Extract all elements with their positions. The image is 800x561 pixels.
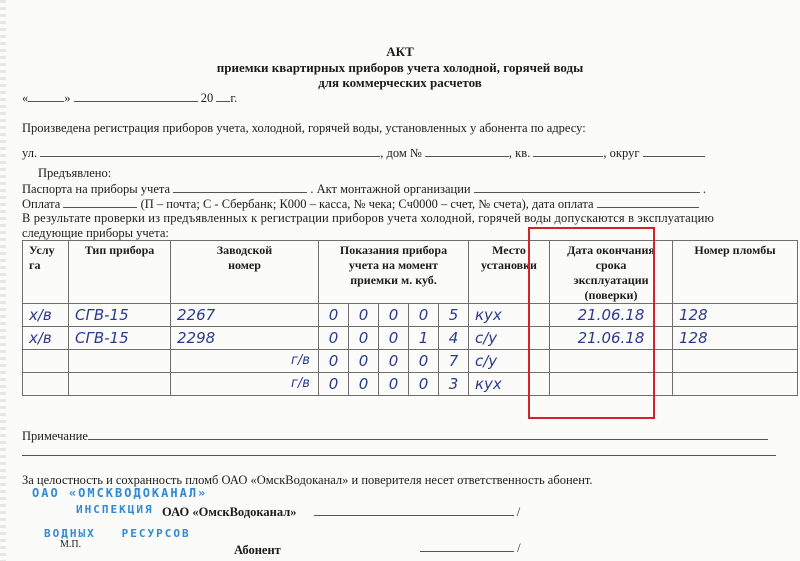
table-header-row: Услу га Тип прибора Заводской номер Пока…: [23, 241, 798, 304]
result-line-1: В результате проверки из предъявленных к…: [22, 211, 714, 226]
cell-type[interactable]: [69, 350, 171, 373]
reading-digit: 0: [348, 304, 378, 326]
payment-legend: (П – почта; С - Сбербанк; К000 – касса, …: [141, 197, 594, 211]
document-subtitle-1: приемки квартирных приборов учета холодн…: [0, 60, 800, 76]
notes-label: Примечание: [22, 429, 88, 443]
reading-digit: 0: [319, 304, 348, 326]
reading-digit: 0: [348, 350, 378, 372]
stamp-inspection: ИНСПЕКЦИЯ: [76, 503, 154, 516]
date-quote-close: »: [64, 91, 70, 105]
notes-line[interactable]: [88, 428, 768, 440]
street-label: ул.: [22, 146, 37, 160]
cell-readings[interactable]: 00003г/в: [319, 373, 469, 396]
reading-digit: 3: [438, 373, 468, 395]
date-field[interactable]: «» 20 г.: [22, 90, 237, 106]
cell-seal[interactable]: 128: [673, 327, 798, 350]
org-signature-row: ОАО «ОмскВодоканал» /: [162, 504, 520, 520]
cell-readings[interactable]: 00007г/в: [319, 350, 469, 373]
act-line[interactable]: [474, 181, 700, 193]
cell-serial[interactable]: 2298: [171, 327, 319, 350]
date-year-suffix: г.: [230, 91, 237, 105]
subscriber-signature-row: /: [420, 540, 521, 556]
stamp-place-label: М.П.: [60, 539, 81, 550]
cell-readings[interactable]: 00014: [319, 327, 469, 350]
street-line[interactable]: [40, 145, 380, 157]
apartment-line[interactable]: [533, 145, 603, 157]
presented-heading: Предъявлено:: [38, 166, 111, 181]
apartment-label: , кв.: [509, 146, 530, 160]
cell-seal[interactable]: [673, 373, 798, 396]
cell-type[interactable]: СГВ-15: [69, 304, 171, 327]
date-month-line[interactable]: [74, 90, 198, 102]
cell-reading-prefix: г/в: [291, 376, 310, 391]
reading-digit: 0: [319, 350, 348, 372]
subscriber-signature-slash: /: [517, 541, 520, 555]
payment-line[interactable]: [63, 196, 137, 208]
table-row: 00007г/вс/у: [23, 350, 798, 373]
reading-digit: 1: [408, 327, 438, 349]
passports-line[interactable]: [173, 181, 307, 193]
payment-row: Оплата (П – почта; С - Сбербанк; К000 – …: [22, 196, 699, 212]
cell-readings[interactable]: 00005: [319, 304, 469, 327]
cell-service[interactable]: [23, 373, 69, 396]
org-signature-slash: /: [517, 505, 520, 519]
reading-digit: 4: [438, 327, 468, 349]
passports-label: Паспорта на приборы учета: [22, 182, 170, 196]
address-intro: Произведена регистрация приборов учета, …: [22, 121, 586, 136]
cell-service[interactable]: [23, 350, 69, 373]
notes-row: Примечание: [22, 428, 768, 444]
reading-digit: 7: [438, 350, 468, 372]
cell-serial[interactable]: 2267: [171, 304, 319, 327]
date-year-prefix: 20: [201, 91, 214, 105]
cell-service[interactable]: х/в: [23, 304, 69, 327]
cell-service[interactable]: х/в: [23, 327, 69, 350]
payment-label: Оплата: [22, 197, 60, 211]
cell-type[interactable]: СГВ-15: [69, 327, 171, 350]
reading-digit: 0: [408, 304, 438, 326]
district-label: , округ: [603, 146, 639, 160]
result-line-2: следующие приборы учета:: [22, 226, 169, 241]
document-subtitle-2: для коммерческих расчетов: [0, 75, 800, 91]
org-signature-line[interactable]: [314, 504, 514, 516]
notes-line-2[interactable]: [22, 455, 776, 456]
header-seal: Номер пломбы: [673, 241, 798, 304]
document-title: АКТ: [0, 44, 800, 60]
passports-row: Паспорта на приборы учета . Акт монтажно…: [22, 181, 706, 197]
house-line[interactable]: [425, 145, 509, 157]
reading-digit: 0: [348, 373, 378, 395]
header-type: Тип прибора: [69, 241, 171, 304]
payment-date-line[interactable]: [597, 196, 699, 208]
reading-digit: 0: [378, 373, 408, 395]
cell-seal[interactable]: [673, 350, 798, 373]
cell-reading-prefix: г/в: [291, 353, 310, 368]
reading-digit: 0: [378, 327, 408, 349]
house-label: , дом №: [380, 146, 422, 160]
header-service: Услу га: [23, 241, 69, 304]
org-signature-label: ОАО «ОмскВодоканал»: [162, 505, 296, 519]
cell-seal[interactable]: 128: [673, 304, 798, 327]
district-line[interactable]: [643, 145, 705, 157]
meters-table: Услу га Тип прибора Заводской номер Пока…: [22, 240, 798, 396]
date-year-line[interactable]: [216, 90, 230, 102]
reading-digit: 0: [348, 327, 378, 349]
reading-digit: 0: [319, 327, 348, 349]
table-row: х/вСГВ-15229800014с/у21.06.18128: [23, 327, 798, 350]
table-row: х/вСГВ-15226700005кух21.06.18128: [23, 304, 798, 327]
stamp-org: ОАО «ОМСКВОДОКАНАЛ»: [32, 486, 207, 500]
header-serial: Заводской номер: [171, 241, 319, 304]
act-end: .: [703, 182, 706, 196]
reading-digit: 0: [378, 350, 408, 372]
subscriber-signature-line[interactable]: [420, 540, 514, 552]
date-day-line[interactable]: [28, 90, 64, 102]
cell-type[interactable]: [69, 373, 171, 396]
subscriber-label: Абонент: [234, 543, 281, 558]
highlight-expiry-column: [528, 227, 655, 419]
act-label: . Акт монтажной организации: [310, 182, 470, 196]
reading-digit: 0: [408, 350, 438, 372]
address-fields: ул. , дом № , кв. , округ: [22, 145, 705, 161]
header-readings: Показания прибора учета на момент приемк…: [319, 241, 469, 304]
reading-digit: 0: [408, 373, 438, 395]
reading-digit: 0: [378, 304, 408, 326]
reading-digit: 0: [319, 373, 348, 395]
table-row: 00003г/вкух: [23, 373, 798, 396]
reading-digit: 5: [438, 304, 468, 326]
